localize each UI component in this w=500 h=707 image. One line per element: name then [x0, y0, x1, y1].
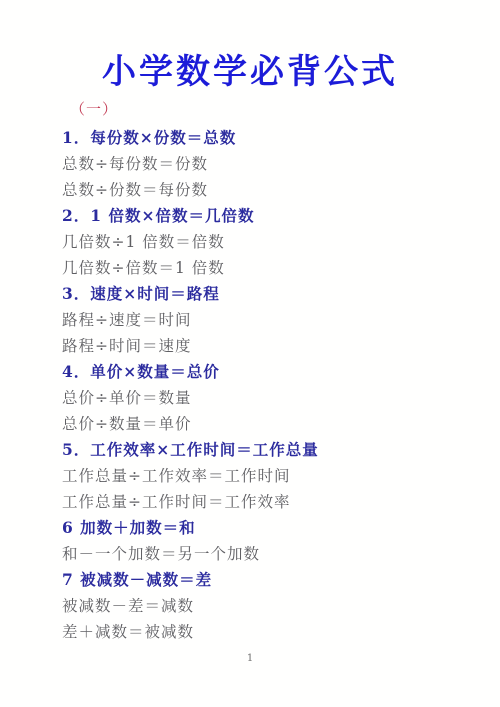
- formula-line: 总数÷份数＝每份数: [62, 177, 470, 203]
- formula-heading: 6 加数＋加数＝和: [62, 515, 470, 541]
- formula-line: 工作总量÷工作效率＝工作时间: [62, 463, 470, 489]
- formula-line: 总数÷每份数＝份数: [62, 151, 470, 177]
- document-page: 小学数学必背公式 （一） 1．每份数×份数＝总数 总数÷每份数＝份数 总数÷份数…: [0, 0, 500, 707]
- formula-line: 几倍数÷1 倍数＝倍数: [62, 229, 470, 255]
- formula-line: 和－一个加数＝另一个加数: [62, 541, 470, 567]
- formula-heading: 1．每份数×份数＝总数: [62, 125, 470, 151]
- formula-line: 被减数－差＝减数: [62, 593, 470, 619]
- page-title: 小学数学必背公式: [0, 50, 500, 94]
- formula-line: 工作总量÷工作时间＝工作效率: [62, 489, 470, 515]
- formula-list: 1．每份数×份数＝总数 总数÷每份数＝份数 总数÷份数＝每份数 2．1 倍数×倍…: [62, 125, 470, 645]
- section-label: （一）: [70, 98, 118, 120]
- formula-heading: 5．工作效率×工作时间＝工作总量: [62, 437, 470, 463]
- formula-line: 路程÷时间＝速度: [62, 333, 470, 359]
- formula-heading: 7 被减数－减数＝差: [62, 567, 470, 593]
- formula-line: 路程÷速度＝时间: [62, 307, 470, 333]
- page-number: 1: [0, 652, 500, 666]
- formula-line: 总价÷数量＝单价: [62, 411, 470, 437]
- formula-heading: 4．单价×数量＝总价: [62, 359, 470, 385]
- formula-heading: 3．速度×时间＝路程: [62, 281, 470, 307]
- formula-line: 几倍数÷倍数＝1 倍数: [62, 255, 470, 281]
- formula-line: 总价÷单价＝数量: [62, 385, 470, 411]
- formula-heading: 2．1 倍数×倍数＝几倍数: [62, 203, 470, 229]
- formula-line: 差＋减数＝被减数: [62, 619, 470, 645]
